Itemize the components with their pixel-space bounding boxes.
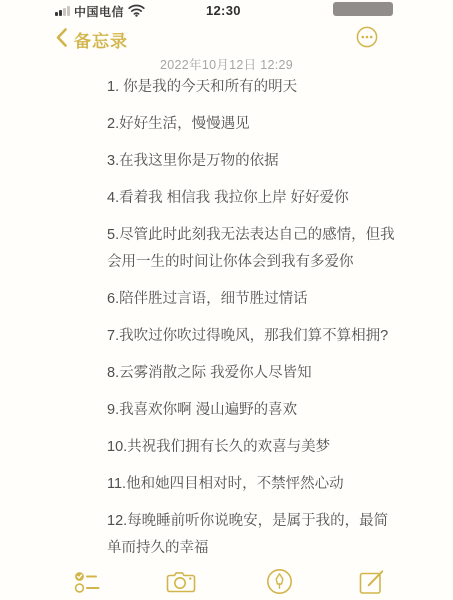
note-line[interactable]: 6.陪伴胜过言语，细节胜过情话 <box>107 286 400 313</box>
note-line[interactable]: 3.在我这里你是万物的依据 <box>107 148 400 175</box>
chevron-left-icon <box>56 28 67 52</box>
back-button-label: 备忘录 <box>74 27 128 52</box>
markup-button[interactable] <box>264 569 294 599</box>
more-options-button[interactable] <box>356 26 378 48</box>
note-line[interactable]: 4.看着我 相信我 我拉你上岸 好好爱你 <box>107 185 400 212</box>
checklist-button[interactable] <box>72 569 102 599</box>
camera-icon <box>166 569 196 600</box>
compose-button[interactable] <box>356 569 386 599</box>
note-line[interactable]: 12.每晚睡前听你说晚安，是属于我的，最简单而持久的幸福 <box>107 508 400 562</box>
battery-redaction-block <box>333 2 393 16</box>
camera-button[interactable] <box>166 569 196 599</box>
back-to-notes-button[interactable]: 备忘录 <box>56 27 128 52</box>
carrier-label: 中国电信 <box>74 3 124 20</box>
cellular-signal-icon <box>55 6 71 16</box>
compose-icon <box>358 568 385 600</box>
note-line[interactable]: 5.尽管此时此刻我无法表达自己的感情，但我会用一生的时间让你体会到我有多爱你 <box>107 222 400 276</box>
note-line[interactable]: 2.好好生活，慢慢遇见 <box>107 111 400 138</box>
markup-pen-icon <box>266 568 293 600</box>
note-line[interactable]: 1. 你是我的今天和所有的明天 <box>107 74 400 101</box>
note-line[interactable]: 7.我吹过你吹过得晚风，那我们算不算相拥? <box>107 323 400 350</box>
notes-app-screen: 中国电信 12:30 备忘录 <box>0 0 453 600</box>
checklist-icon <box>73 568 101 600</box>
wifi-icon <box>128 4 145 22</box>
note-line[interactable]: 8.云雾消散之际 我爱你人尽皆知 <box>107 360 400 387</box>
note-timestamp: 2022年10月12日 12:29 <box>0 55 453 73</box>
note-line[interactable]: 11.他和她四目相对时，不禁怦然心动 <box>107 471 400 498</box>
note-content[interactable]: 1. 你是我的今天和所有的明天 2.好好生活，慢慢遇见 3.在我这里你是万物的依… <box>107 74 400 572</box>
note-line[interactable]: 9.我喜欢你啊 漫山遍野的喜欢 <box>107 397 400 424</box>
clock-time: 12:30 <box>206 3 241 18</box>
note-line[interactable]: 10.共祝我们拥有长久的欢喜与美梦 <box>107 434 400 461</box>
bottom-toolbar <box>0 562 453 600</box>
ellipsis-circle-icon <box>356 35 378 52</box>
status-bar: 中国电信 12:30 <box>0 0 453 22</box>
nav-bar: 备忘录 <box>0 24 453 52</box>
